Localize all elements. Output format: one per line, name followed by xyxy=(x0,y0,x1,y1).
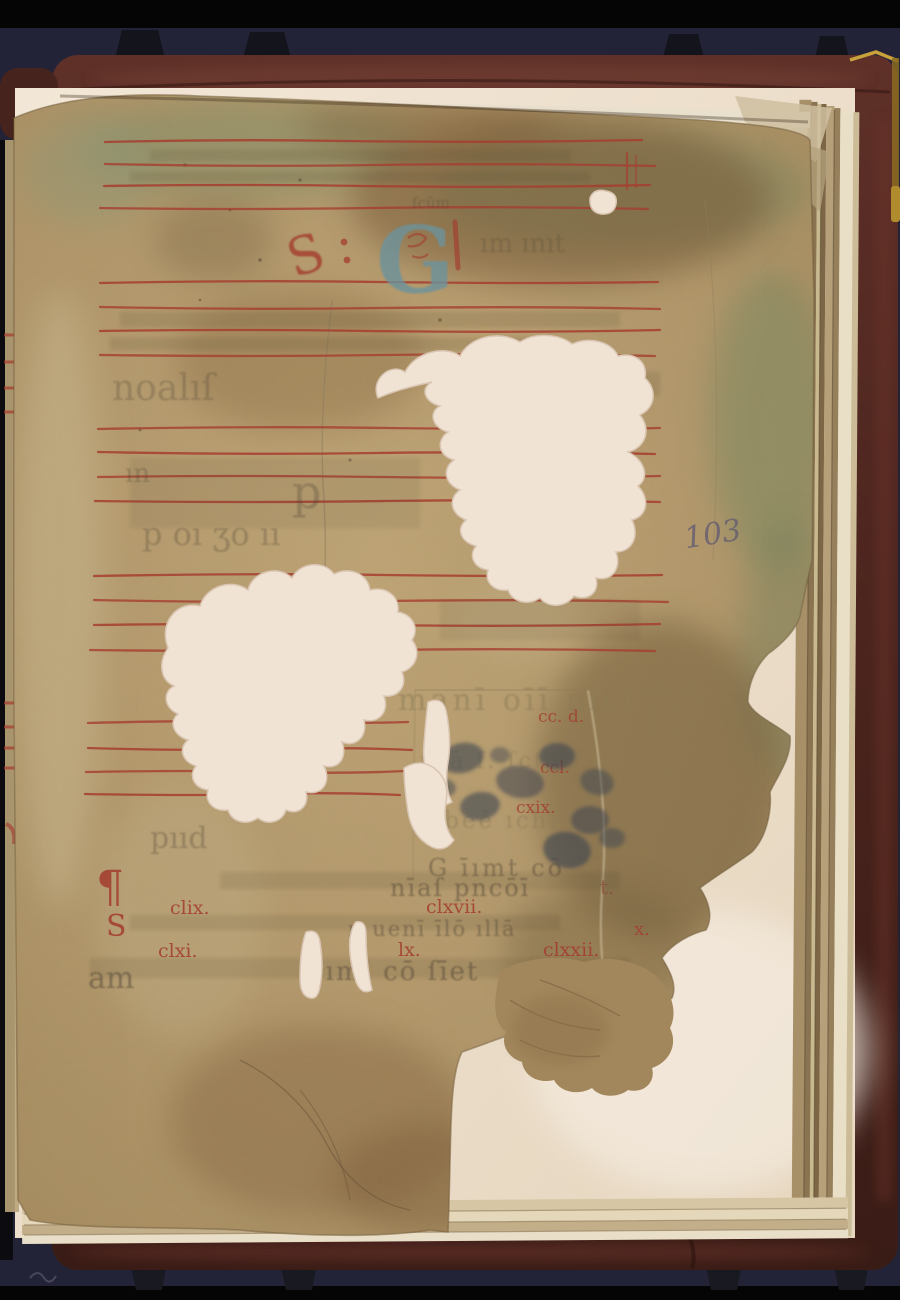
hole-small-top xyxy=(590,190,616,214)
film-edge-bottom xyxy=(0,1286,900,1300)
manuscript-scene: ſcūm ım ınıt noalıſ ın p p oı ʒo ıı manī… xyxy=(0,0,900,1300)
hole-tear-low-1 xyxy=(300,931,322,998)
manuscript-photo: ſcūm ım ınıt noalıſ ın p p oı ʒo ıı manī… xyxy=(0,0,900,1300)
film-edge-top xyxy=(0,0,900,28)
